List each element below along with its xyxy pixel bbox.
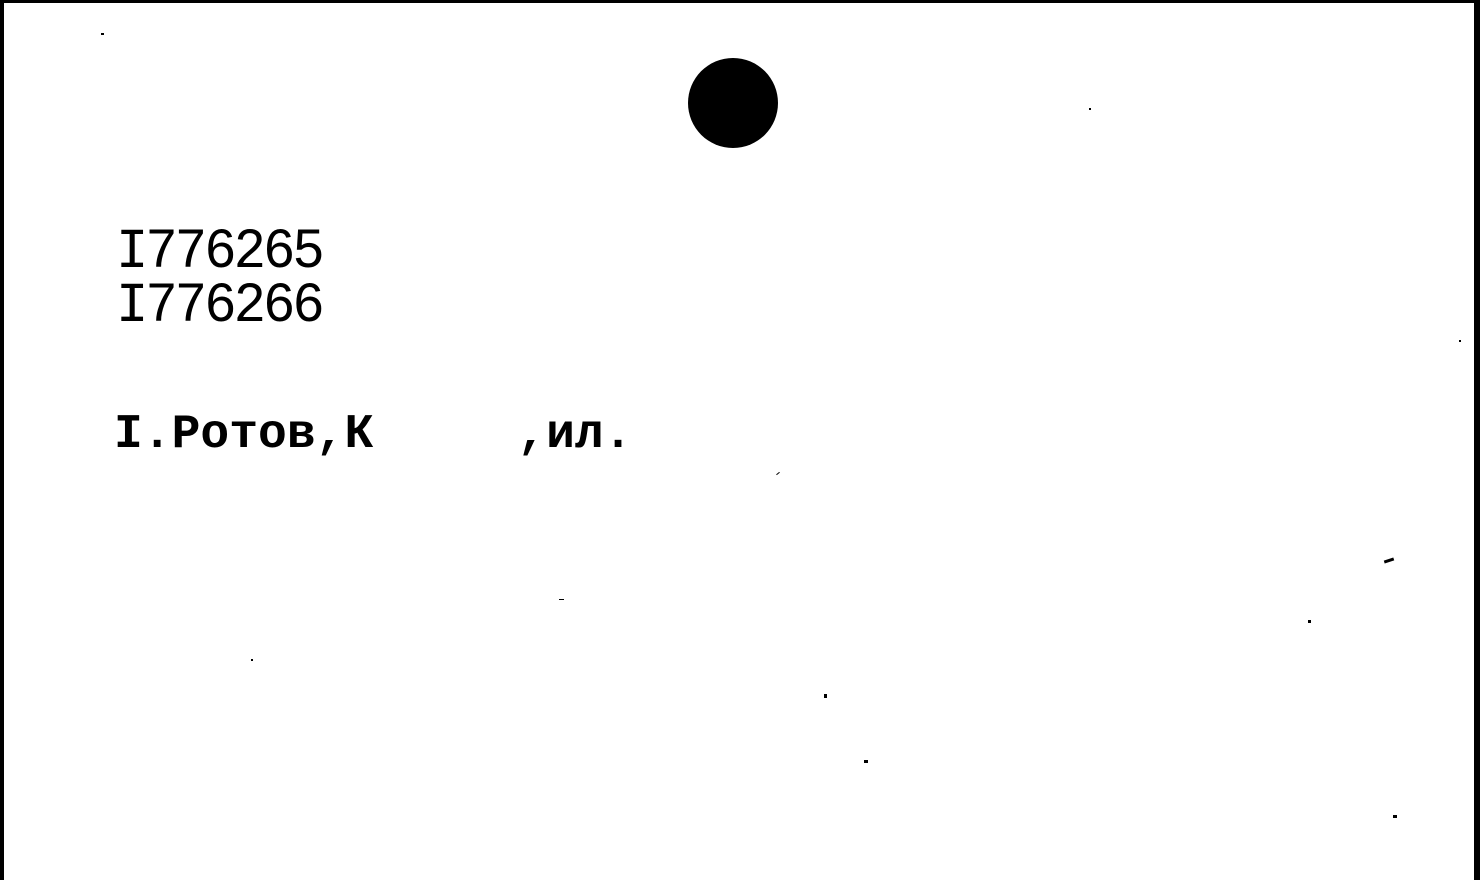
scan-speck: [1393, 815, 1397, 818]
scan-speck: [776, 472, 780, 475]
scan-speck: [1308, 620, 1311, 623]
scan-speck: [1089, 108, 1091, 110]
punch-hole: [688, 58, 778, 148]
accession-number-1: I776265: [116, 225, 322, 282]
scan-speck: [101, 33, 104, 35]
scan-speck: [824, 694, 827, 698]
scan-speck: [251, 659, 253, 661]
scan-speck: [559, 599, 564, 600]
scan-speck: [1459, 340, 1461, 342]
scan-speck: [1384, 558, 1394, 564]
catalog-card: I776265 I776266 I.Ротов,К ,ил.: [0, 0, 1480, 880]
accession-number-2: I776266: [116, 279, 322, 336]
scan-speck: [864, 760, 868, 763]
author-entry-line: I.Ротов,К ,ил.: [114, 411, 632, 459]
